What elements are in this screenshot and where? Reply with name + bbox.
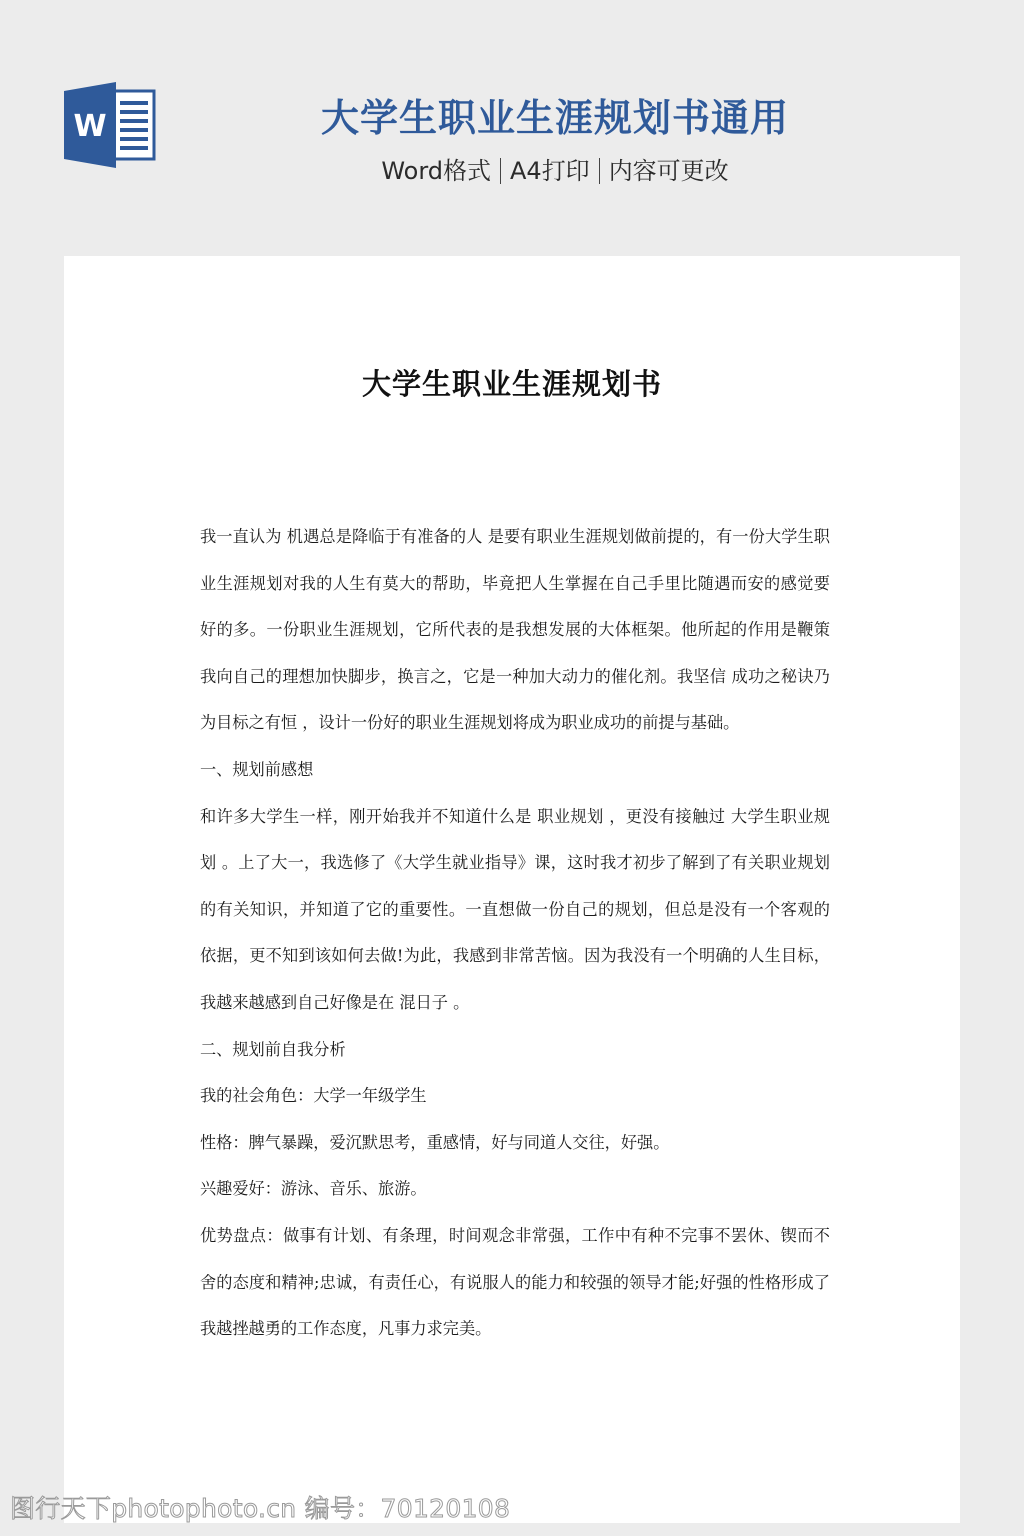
editable-label: 内容可更改 xyxy=(609,157,729,185)
paragraph: 性格：脾气暴躁，爱沉默思考，重感情，好与同道人交往，好强。 xyxy=(200,1120,830,1167)
document-title: 大学生职业生涯规划书 xyxy=(64,364,960,404)
print-label: A4打印 xyxy=(510,157,590,185)
banner-subtitle: Word格式A4打印内容可更改 xyxy=(300,152,810,190)
format-label: Word格式 xyxy=(381,157,491,185)
intro-paragraph: 我一直认为 机遇总是降临于有准备的人 是要有职业生涯规划做前提的，有一份大学生职… xyxy=(200,514,830,747)
divider xyxy=(500,158,501,184)
document-page: 大学生职业生涯规划书 我一直认为 机遇总是降临于有准备的人 是要有职业生涯规划做… xyxy=(64,256,960,1523)
divider xyxy=(599,158,600,184)
paragraph: 兴趣爱好：游泳、音乐、旅游。 xyxy=(200,1166,830,1213)
word-document-icon: W xyxy=(64,82,156,168)
svg-text:W: W xyxy=(73,109,106,144)
section-heading-2: 二、规划前自我分析 xyxy=(200,1027,830,1074)
paragraph: 和许多大学生一样，刚开始我并不知道什么是 职业规划 ，更没有接触过 大学生职业规… xyxy=(200,794,830,1027)
watermark: 图行天下photophoto.cn 编号：70120108 xyxy=(10,1491,510,1527)
paragraph: 优势盘点：做事有计划、有条理，时间观念非常强，工作中有种不完事不罢休、锲而不舍的… xyxy=(200,1213,830,1353)
paragraph: 我的社会角色：大学一年级学生 xyxy=(200,1073,830,1120)
banner-title: 大学生职业生涯规划书通用 xyxy=(300,92,810,144)
section-heading-1: 一、规划前感想 xyxy=(200,747,830,794)
document-body: 我一直认为 机遇总是降临于有准备的人 是要有职业生涯规划做前提的，有一份大学生职… xyxy=(200,514,830,1353)
